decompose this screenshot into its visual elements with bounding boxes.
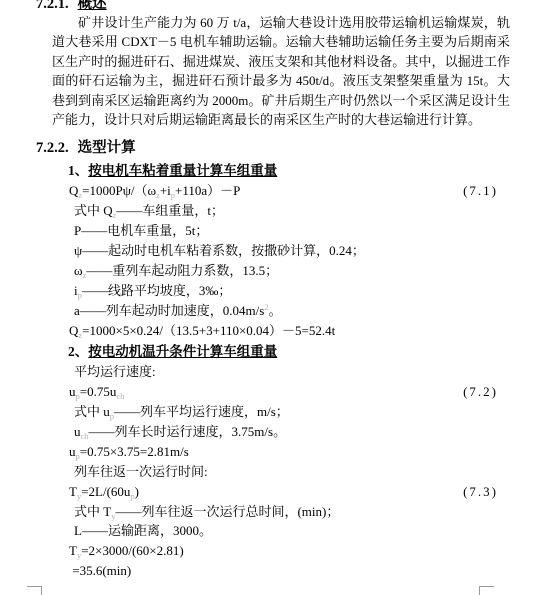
text-run: ——重列车起动阻力系数，13.5； — [86, 263, 278, 278]
text-run: 式中 Q — [74, 203, 113, 218]
text-run: =1000Pψ/（ω — [82, 183, 156, 198]
def-line-18: 式中 Ty——列车往返一次运行总时间，(min)； — [74, 502, 498, 522]
text-run: 平均运行速度: — [74, 364, 156, 379]
text-run: 。 — [269, 303, 282, 318]
def-line-8: a——列车起动时加速度，0.04m/s2。 — [74, 301, 498, 321]
calculation-lines: 1、按电机车粘着重量计算车组重量Qz=1000Pψ/（ωz+ip+110a）－P… — [36, 161, 498, 581]
text-run: ω — [74, 263, 83, 278]
text-run: +110a）－P — [175, 183, 240, 198]
text-run: =35.6(min) — [69, 563, 131, 578]
text-run: +i — [160, 183, 171, 198]
text-line-11: 平均运行速度: — [74, 362, 498, 382]
text-run: T — [69, 543, 77, 558]
text-run: =0.75u — [80, 384, 117, 399]
formula-line-21: =35.6(min) — [69, 561, 498, 581]
equation-number: (7.1) — [463, 181, 498, 201]
text-run: 列车往返一次运行时间: — [74, 464, 208, 479]
text-run: ——列车长时运行速度，3.75m/s。 — [89, 424, 287, 439]
def-line-6: ωz——重列车起动阻力系数，13.5； — [74, 261, 498, 281]
formula-line-15: up=0.75×3.75=2.81m/s — [69, 442, 498, 462]
section-heading-7-2-1: 7.2.1.概述 — [36, 0, 498, 13]
text-run: a——列车起动时加速度，0.04m/s — [74, 303, 264, 318]
subscript-text: ch — [81, 431, 89, 441]
formula-line-12: up=0.75uch(7.2) — [69, 382, 498, 402]
text-run: ——列车平均运行速度，m/s； — [114, 404, 289, 419]
subheading-line-1: 1、按电机车粘着重量计算车组重量 — [68, 161, 498, 181]
section-number: 7.2.1. — [36, 0, 69, 12]
text-run: 1、 — [68, 163, 88, 178]
equation-number: (7.3) — [463, 482, 498, 502]
text-run: =1000×5×0.24/（13.5+3+110×0.04）－5=52.4t — [82, 323, 335, 338]
def-line-3: 式中 Qz——车组重量，t； — [74, 201, 498, 221]
text-run: =2L/(60u — [81, 484, 130, 499]
text-run: P——电机车重量，5t； — [74, 223, 208, 238]
formula-line-17: Ty=2L/(60up)(7.3) — [69, 482, 498, 502]
def-line-14: uch——列车长时运行速度，3.75m/s。 — [74, 422, 498, 442]
text-run: ——线路平均坡度，3‰； — [82, 283, 232, 298]
text-run: Q — [69, 323, 78, 338]
text-boundary-mark-right — [479, 586, 494, 595]
text-run: 2、 — [68, 344, 88, 359]
text-run: L——运输距离，3000。 — [74, 523, 212, 538]
text-run: T — [69, 484, 77, 499]
subscript-text: ch — [116, 391, 124, 401]
formula-line-9: Qz=1000×5×0.24/（13.5+3+110×0.04）－5=52.4t — [69, 321, 498, 341]
text-line-16: 列车往返一次运行时间: — [74, 462, 498, 482]
text-run: 式中 T — [74, 504, 111, 519]
text-run: =0.75×3.75=2.81m/s — [80, 444, 189, 459]
def-line-19: L——运输距离，3000。 — [74, 521, 498, 541]
text-run: ——列车往返一次运行总时间，(min)； — [115, 504, 339, 519]
def-line-4: P——电机车重量，5t； — [74, 221, 498, 241]
text-run: 按电机车粘着重量计算车组重量 — [88, 163, 277, 178]
section-number: 7.2.2. — [36, 140, 69, 156]
text-run: Q — [69, 183, 78, 198]
equation-number: (7.2) — [463, 382, 498, 402]
text-run: =2×3000/(60×2.81) — [81, 543, 184, 558]
section-heading-7-2-2: 7.2.2.选型计算 — [36, 137, 498, 159]
document-page: 7.2.1.概述 矿井设计生产能力为 60 万 t/a，运输大巷设计选用胶带运输… — [0, 0, 558, 595]
section-title: 概述 — [78, 0, 107, 12]
text-run: ) — [135, 484, 139, 499]
text-run: 按电动机温升条件计算车组重量 — [88, 344, 277, 359]
text-boundary-mark-left — [27, 586, 42, 595]
text-run: ψ——起动时电机车粘着系数，按撒砂计算，0.24； — [74, 243, 365, 258]
formula-line-20: Ty=2×3000/(60×2.81) — [69, 541, 498, 561]
subheading-line-10: 2、按电动机温升条件计算车组重量 — [68, 342, 498, 362]
intro-paragraph: 矿井设计生产能力为 60 万 t/a，运输大巷设计选用胶带运输机运输煤炭，轨道大… — [52, 13, 510, 129]
text-run: ——车组重量，t； — [116, 203, 224, 218]
def-line-5: ψ——起动时电机车粘着系数，按撒砂计算，0.24； — [74, 241, 498, 261]
formula-line-2: Qz=1000Pψ/（ωz+ip+110a）－P(7.1) — [69, 181, 498, 201]
def-line-7: ip——线路平均坡度，3‰； — [74, 281, 498, 301]
section-title: 选型计算 — [78, 140, 136, 156]
text-run: 式中 u — [74, 404, 110, 419]
def-line-13: 式中 up——列车平均运行速度，m/s； — [74, 402, 498, 422]
